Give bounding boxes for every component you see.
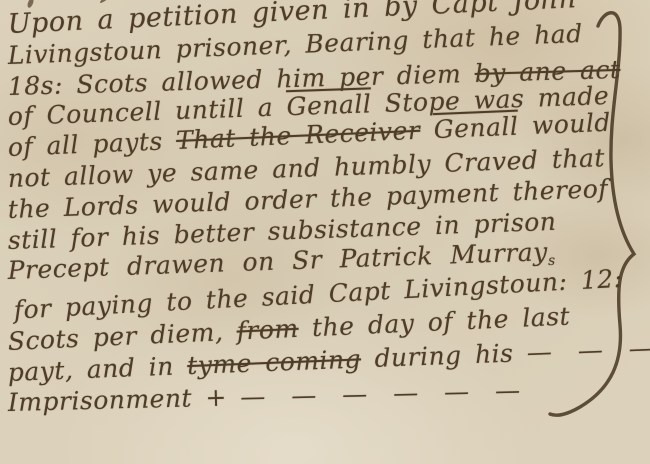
handwritten-text: Genall (286, 90, 372, 122)
handwritten-text: during his (360, 338, 527, 373)
ink-speck (99, 0, 110, 4)
struck-text: from (236, 314, 299, 346)
manuscript-page: Upon a petition given in by Capt JohnLiv… (0, 0, 650, 464)
filler-dashes: — — — — (526, 331, 650, 367)
handwritten-text: payt, and in (7, 351, 187, 387)
manuscript-lines: Upon a petition given in by Capt JohnLiv… (8, 10, 650, 419)
struck-text: tyme coming (187, 344, 362, 380)
handwritten-text: of all payts (7, 126, 177, 162)
handwritten-text: Imprisonment + (8, 383, 241, 418)
handwritten-text: would (518, 108, 612, 141)
filler-dashes: — — — — — — (240, 376, 524, 412)
handwritten-text: Genall (433, 112, 519, 145)
